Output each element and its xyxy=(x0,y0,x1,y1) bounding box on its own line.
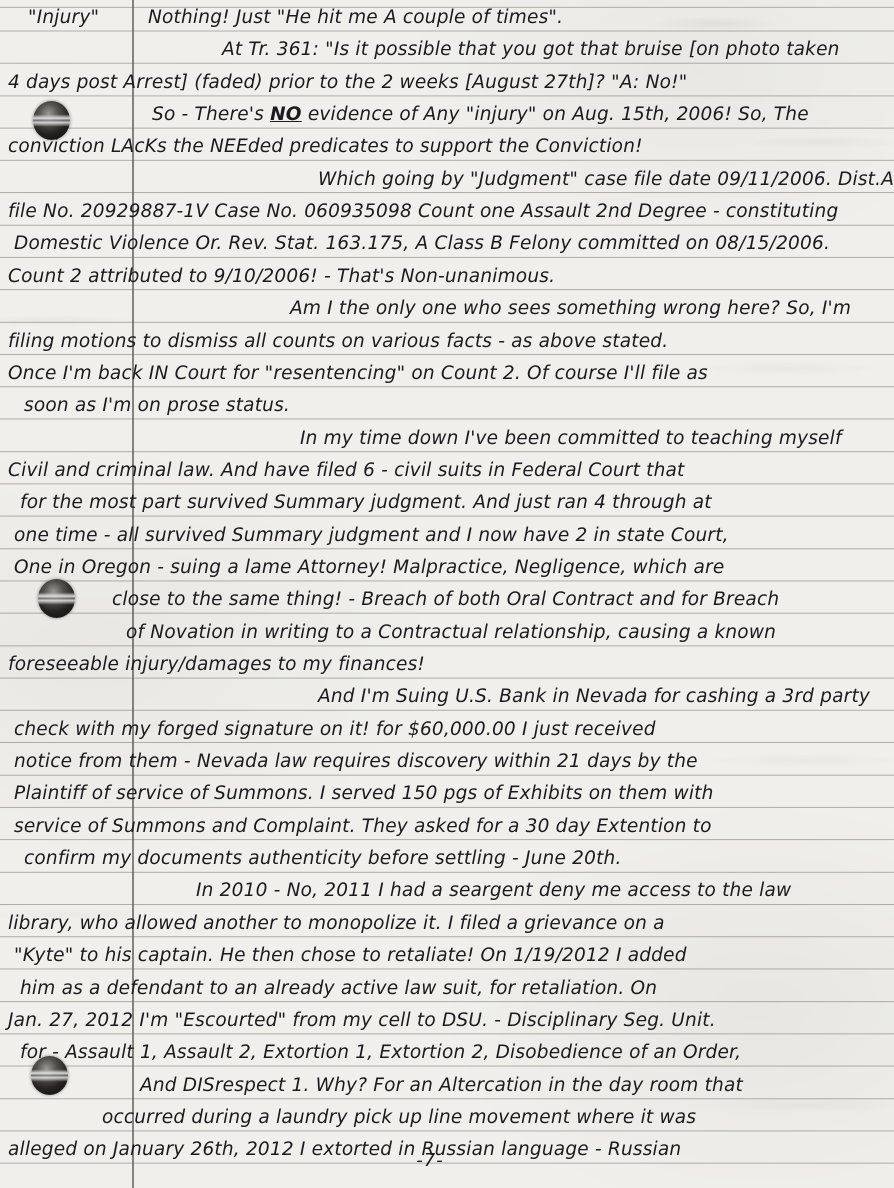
text-segment: One in Oregon - suing a lame Attorney! M… xyxy=(14,557,724,578)
text-segment: "Kyte" to his captain. He then chose to … xyxy=(14,945,687,966)
handwritten-line: In my time down I've been committed to t… xyxy=(300,425,842,452)
text-segment: "Injury" xyxy=(28,7,99,28)
handwritten-line: for - Assault 1, Assault 2, Extortion 1,… xyxy=(20,1039,741,1066)
text-segment: notice from them - Nevada law requires d… xyxy=(14,751,698,772)
handwritten-line: "Kyte" to his captain. He then chose to … xyxy=(14,942,687,969)
text-segment: conviction LAcKs the NEEded predicates t… xyxy=(8,136,643,157)
text-segment: close to the same thing! - Breach of bot… xyxy=(112,589,779,610)
text-segment: occurred during a laundry pick up line m… xyxy=(102,1107,696,1128)
handwritten-line: filing motions to dismiss all counts on … xyxy=(8,328,668,355)
handwritten-line: Which going by "Judgment" case file date… xyxy=(318,166,894,193)
text-segment: Civil and criminal law. And have filed 6… xyxy=(8,460,685,481)
text-segment: Nothing! Just "He hit me A couple of tim… xyxy=(148,7,563,28)
handwritten-line: check with my forged signature on it! fo… xyxy=(14,716,656,743)
text-segment: And DISrespect 1. Why? For an Altercatio… xyxy=(140,1075,743,1096)
handwritten-line: Civil and criminal law. And have filed 6… xyxy=(8,457,685,484)
handwritten-line: notice from them - Nevada law requires d… xyxy=(14,748,698,775)
handwritten-line: confirm my documents authenticity before… xyxy=(24,845,622,872)
text-segment: Count 2 attributed to 9/10/2006! - That'… xyxy=(8,266,555,287)
handwritten-line: conviction LAcKs the NEEded predicates t… xyxy=(8,133,643,160)
handwritten-line: So - There's NO evidence of Any "injury"… xyxy=(152,101,809,128)
text-segment: service of Summons and Complaint. They a… xyxy=(14,816,712,837)
text-segment: Once I'm back IN Court for "resentencing… xyxy=(8,363,708,384)
text-segment: of Novation in writing to a Contractual … xyxy=(126,622,776,643)
handwritten-line: occurred during a laundry pick up line m… xyxy=(102,1104,696,1131)
hole-punch-icon xyxy=(38,579,75,618)
text-segment: file No. 20929887-1V Case No. 060935098 … xyxy=(8,201,838,222)
text-segment: So - There's xyxy=(152,104,270,125)
handwritten-line: one time - all survived Summary judgment… xyxy=(14,522,729,549)
notebook-page: "Injury"Nothing! Just "He hit me A coupl… xyxy=(0,0,894,1188)
handwritten-line: soon as I'm on prose status. xyxy=(24,392,290,419)
text-segment: foreseeable injury/damages to my finance… xyxy=(8,654,425,675)
text-segment: library, who allowed another to monopoli… xyxy=(8,913,665,934)
handwritten-line: Nothing! Just "He hit me A couple of tim… xyxy=(148,4,563,31)
text-segment: Am I the only one who sees something wro… xyxy=(290,298,851,319)
handwritten-line: close to the same thing! - Breach of bot… xyxy=(112,586,779,613)
text-segment: In my time down I've been committed to t… xyxy=(300,428,842,449)
handwritten-line: In 2010 - No, 2011 I had a seargent deny… xyxy=(196,877,791,904)
underlined-word: NO xyxy=(270,104,302,125)
text-segment: Which going by "Judgment" case file date… xyxy=(318,169,894,190)
handwritten-line: library, who allowed another to monopoli… xyxy=(8,910,665,937)
text-segment: for the most part survived Summary judgm… xyxy=(20,492,712,513)
page-number: -7- xyxy=(340,1150,520,1171)
text-segment: check with my forged signature on it! fo… xyxy=(14,719,656,740)
text-segment: Domestic Violence Or. Rev. Stat. 163.175… xyxy=(14,233,830,254)
margin-note: "Injury" xyxy=(28,4,99,31)
handwritten-line: file No. 20929887-1V Case No. 060935098 … xyxy=(8,198,838,225)
handwritten-line: Once I'm back IN Court for "resentencing… xyxy=(8,360,708,387)
text-segment: In 2010 - No, 2011 I had a seargent deny… xyxy=(196,880,791,901)
handwritten-line: him as a defendant to an already active … xyxy=(20,975,657,1002)
text-segment: evidence of Any "injury" on Aug. 15th, 2… xyxy=(302,104,809,125)
handwritten-line: foreseeable injury/damages to my finance… xyxy=(8,651,425,678)
handwritten-line: And I'm Suing U.S. Bank in Nevada for ca… xyxy=(318,683,870,710)
handwritten-line: Domestic Violence Or. Rev. Stat. 163.175… xyxy=(14,230,830,257)
text-segment: for - Assault 1, Assault 2, Extortion 1,… xyxy=(20,1042,741,1063)
handwritten-line: for the most part survived Summary judgm… xyxy=(20,489,712,516)
handwritten-line: Jan. 27, 2012 I'm "Escourted" from my ce… xyxy=(8,1007,716,1034)
handwritten-line: Am I the only one who sees something wro… xyxy=(290,295,851,322)
handwritten-line: Count 2 attributed to 9/10/2006! - That'… xyxy=(8,263,555,290)
text-segment: 4 days post Arrest] (faded) prior to the… xyxy=(8,72,687,93)
handwritten-line: One in Oregon - suing a lame Attorney! M… xyxy=(14,554,724,581)
text-segment: one time - all survived Summary judgment… xyxy=(14,525,729,546)
text-segment: Jan. 27, 2012 I'm "Escourted" from my ce… xyxy=(8,1010,716,1031)
text-segment: filing motions to dismiss all counts on … xyxy=(8,331,668,352)
handwritten-line: 4 days post Arrest] (faded) prior to the… xyxy=(8,69,687,96)
text-segment: Plaintiff of service of Summons. I serve… xyxy=(14,783,714,804)
handwritten-line: service of Summons and Complaint. They a… xyxy=(14,813,712,840)
handwritten-line: And DISrespect 1. Why? For an Altercatio… xyxy=(140,1072,743,1099)
text-segment: confirm my documents authenticity before… xyxy=(24,848,622,869)
text-segment: And I'm Suing U.S. Bank in Nevada for ca… xyxy=(318,686,870,707)
text-segment: At Tr. 361: "Is it possible that you got… xyxy=(222,39,840,60)
text-segment: him as a defendant to an already active … xyxy=(20,978,657,999)
handwritten-line: of Novation in writing to a Contractual … xyxy=(126,619,776,646)
handwritten-line: Plaintiff of service of Summons. I serve… xyxy=(14,780,714,807)
text-segment: soon as I'm on prose status. xyxy=(24,395,290,416)
handwritten-line: At Tr. 361: "Is it possible that you got… xyxy=(222,36,840,63)
